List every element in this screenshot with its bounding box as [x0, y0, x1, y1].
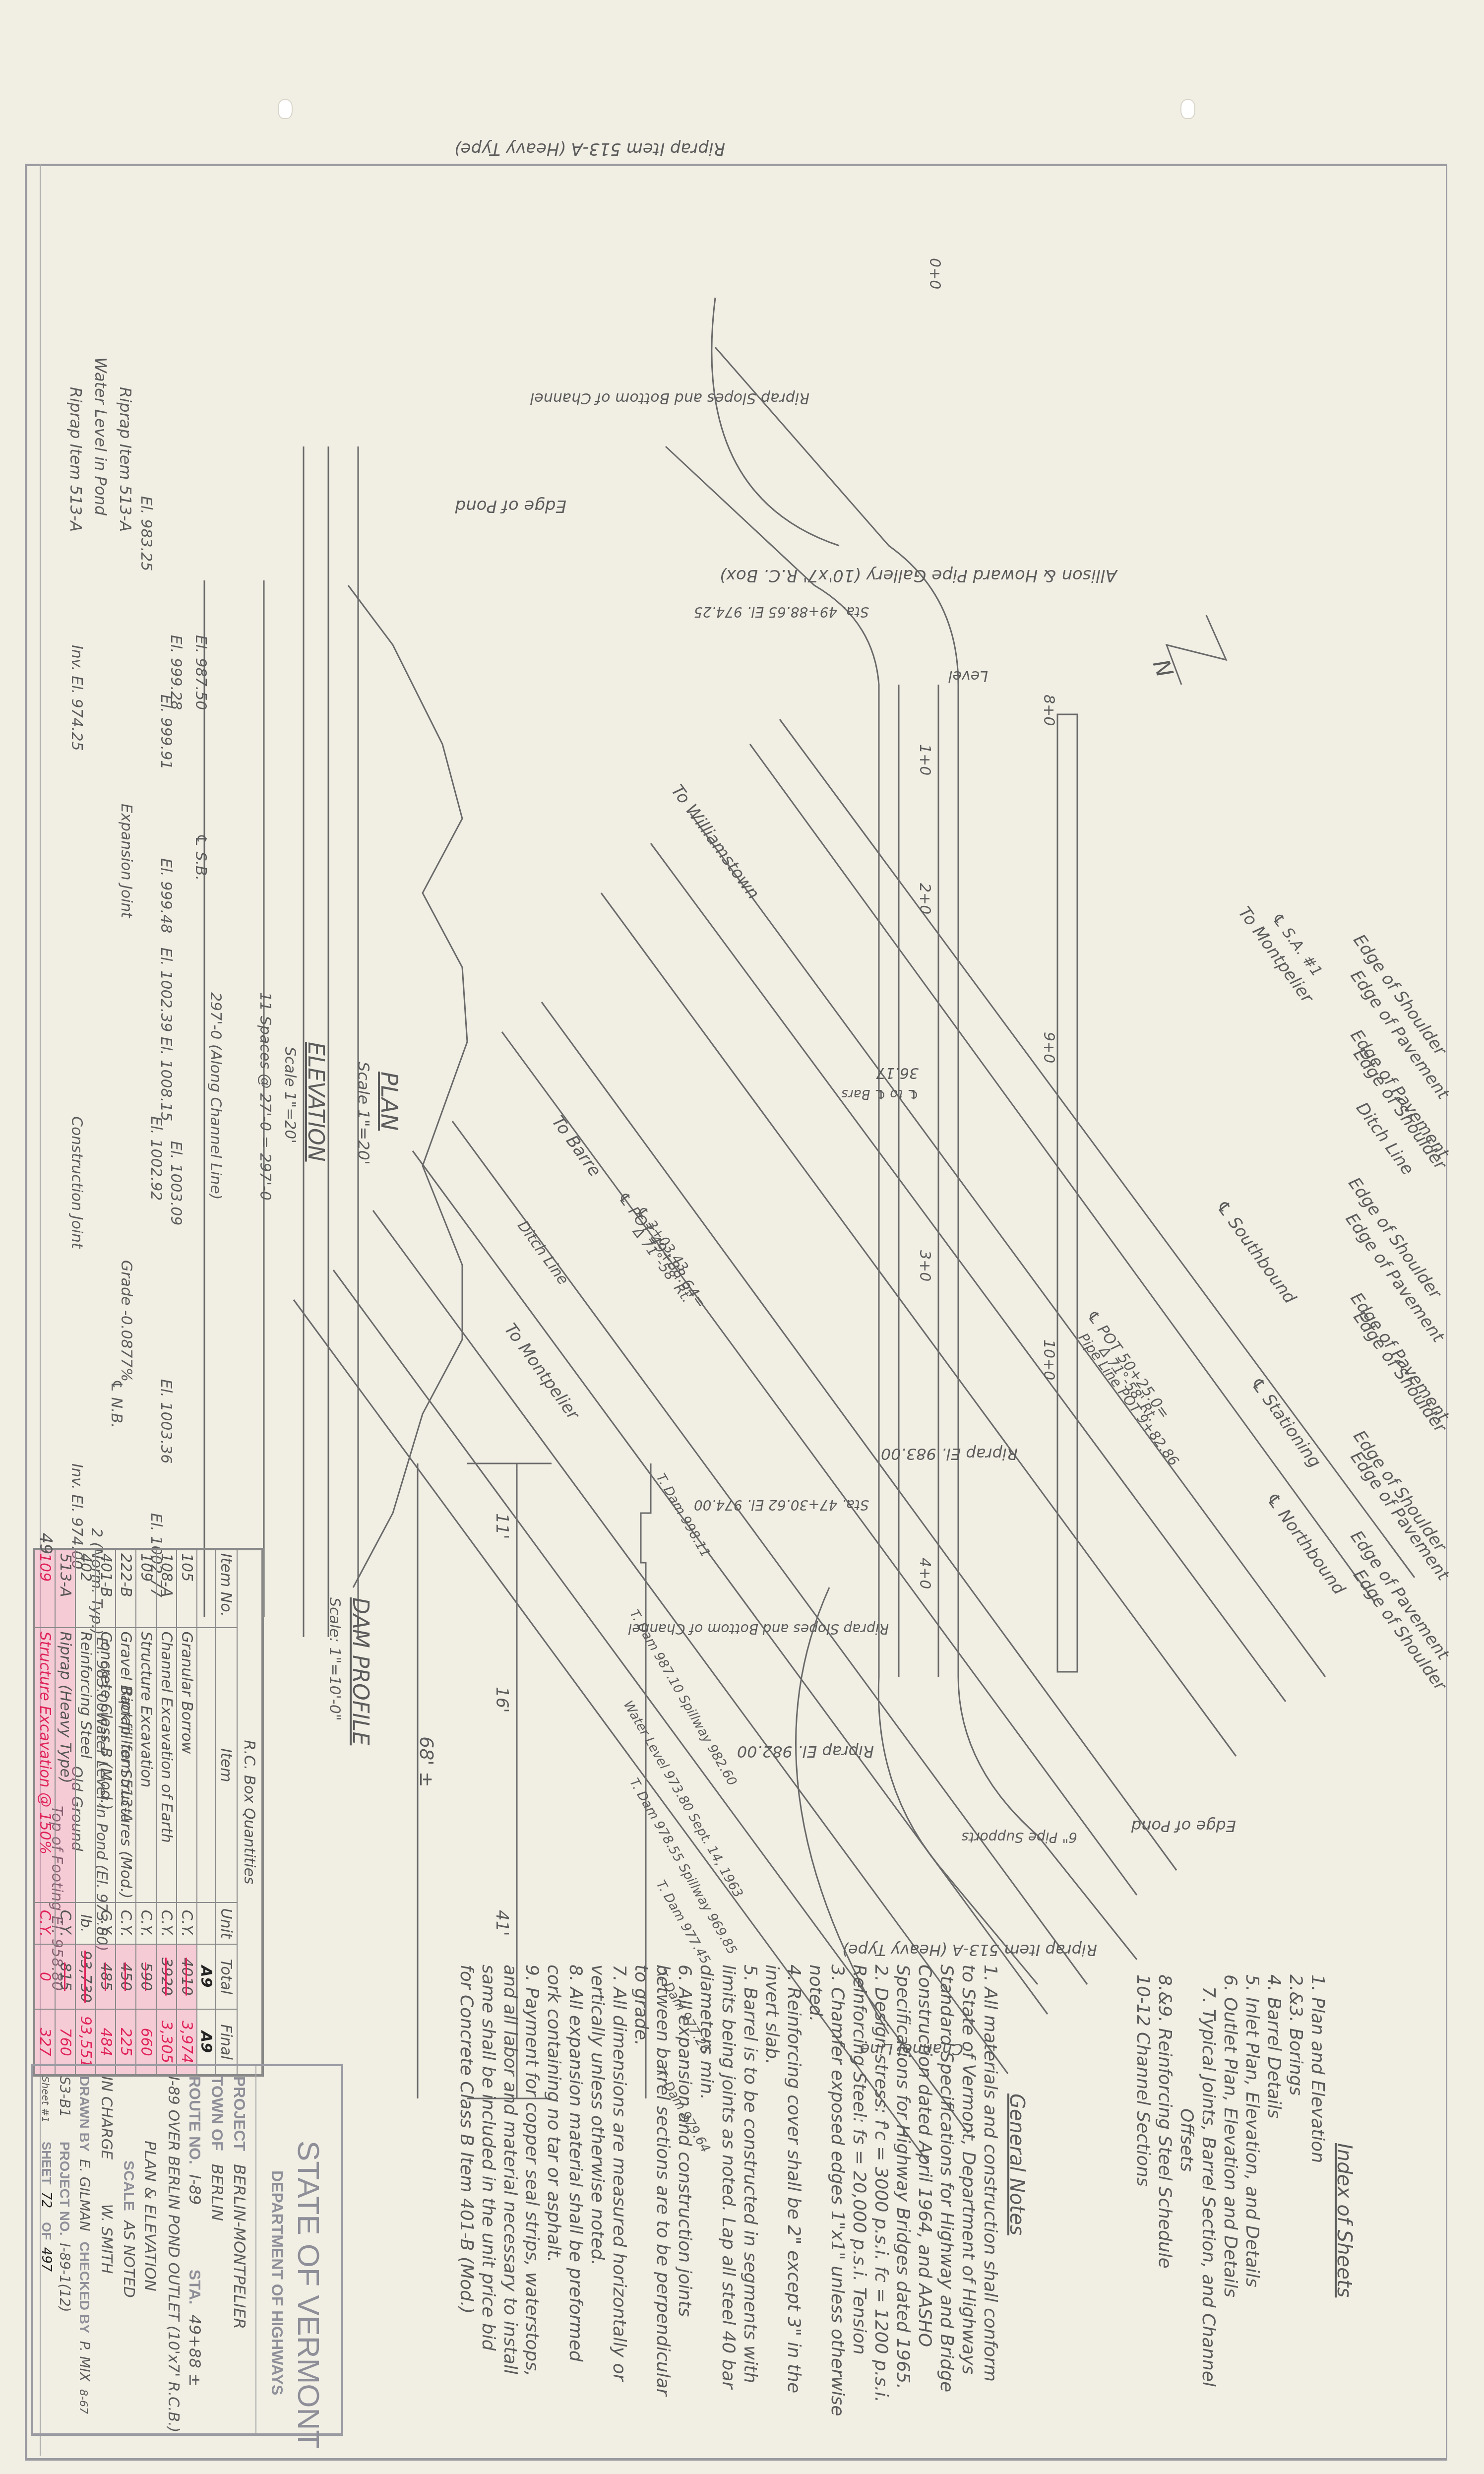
cell-item: Gravel Backfill for Structures (Mod.) — [116, 1628, 136, 1903]
table-row: 401-B Concrete Class B (Mod.) C.Y. 485 4… — [96, 1550, 116, 2075]
project-no-label: PROJECT NO. — [57, 2142, 72, 2236]
cell-unit: lb. — [75, 1903, 96, 1944]
cell-item: Channel Excavation of Earth — [156, 1628, 177, 1903]
elev-along-channel: 297'-0 (Along Channel Line) — [207, 992, 224, 1200]
note-line: Construction dated April 1964, and AASHO — [914, 1965, 935, 2451]
cell-item: Riprap (Heavy Type) — [55, 1628, 75, 1903]
index-item: 4. Barrel Details — [1263, 1974, 1285, 2387]
dam-dim-total: 68' ± — [416, 1736, 437, 1787]
quantities-title: R.C. Box Quantities — [237, 1550, 262, 2075]
cell-total: 4010 — [177, 1944, 197, 2010]
cell-item-no: 109 — [136, 1550, 156, 1628]
table-row: 108-A Channel Excavation of Earth C.Y. 3… — [156, 1550, 177, 2075]
sta-outlet-label: Sta. 47+30.62 El. 974.00 — [694, 1497, 869, 1513]
level-label: Level — [948, 667, 988, 685]
checked-label: CHECKED BY — [77, 2242, 92, 2334]
scale-value: AS NOTED — [120, 2220, 137, 2298]
index-item: 6. Outlet Plan, Elevation and Details — [1219, 1974, 1241, 2387]
elev-el-100239: El. 1002.39 — [157, 948, 175, 1032]
cell-unit: C.Y. — [116, 1903, 136, 1944]
note-line: Specifications for Highway Bridges dated… — [892, 1965, 914, 2451]
station-label: 3+0 — [916, 1250, 933, 1281]
cell-item: Concrete Class B (Mod.) — [96, 1628, 116, 1903]
checked-date: 8-67 — [77, 2389, 89, 2414]
in-charge-row: IN CHARGE W. SMITH — [98, 2076, 115, 2274]
table-row: 109 Structure Excavation C.Y. 590 660 — [136, 1550, 156, 2075]
dam-dim: 41' — [492, 1910, 512, 1936]
col-total: Total — [215, 1944, 237, 2010]
dim-36-label: 36.17 — [876, 1064, 919, 1081]
rotated-drawing: N Allison & Howard Pipe Gallery (10'x7' … — [0, 0, 1484, 2474]
elev-el-100336: El. 1003.36 — [157, 1379, 175, 1463]
title-block: STATE OF VERMONT DEPARTMENT OF HIGHWAYS … — [31, 2064, 343, 2436]
cell-unit: C.Y. — [35, 1903, 55, 1944]
index-item: 1. Plan and Elevation — [1306, 1974, 1328, 2387]
note-line: 3. Chamfer exposed edges 1"x1" unless ot… — [826, 1965, 848, 2451]
dim-36b-label: ℄ to ℄ Bars — [841, 1086, 919, 1101]
plan-title: PLAN — [376, 1072, 403, 1131]
note-line: 9. Payment for copper seal strips, water… — [521, 1965, 543, 2451]
sta-inlet-label: Sta. 49+88.65 El. 974.25 — [694, 604, 869, 620]
riprap-bottom-label: Riprap Item 513-A (Heavy Type) — [842, 1941, 1097, 1960]
town-row: TOWN OF BERLIN — [208, 2076, 227, 2221]
edge-of-pond-label-2: Edge of Pond — [1131, 1817, 1236, 1836]
elev-spans: 11 Spaces @ 27'-0 = 297'-0 — [256, 992, 274, 1201]
drawing-sheet: N Allison & Howard Pipe Gallery (10'x7' … — [0, 0, 1484, 2474]
elev-inv-97425: Inv. El. 974.25 — [68, 645, 85, 751]
elev-el-98325: El. 983.25 — [137, 496, 155, 571]
scale-row: SCALE AS NOTED — [120, 2160, 137, 2298]
index-item: 10-12 Channel Sections — [1132, 1974, 1154, 2387]
outlet-channel — [958, 1677, 1137, 1960]
elev-el-99948: El. 999.48 — [157, 858, 175, 933]
col-item: Item — [215, 1628, 237, 1903]
drawn-label: DRAWN BY — [77, 2076, 92, 2152]
cell-total: 815 — [55, 1944, 75, 2010]
cell-item-no: 108-A — [156, 1550, 177, 1628]
index-item: 5. Inlet Plan, Elevation, and Details — [1241, 1974, 1263, 2387]
project-no-row: S3-B1 PROJECT NO. I-89-1(12) — [57, 2076, 73, 2312]
cell-unit: C.Y. — [96, 1903, 116, 1944]
cell-total: 93,730 — [75, 1944, 96, 2010]
route-value: I-89 — [185, 2174, 204, 2205]
cell-item-no: 109 — [35, 1550, 55, 1628]
station-label: 10+0 — [1040, 1339, 1057, 1380]
drawn-row: DRAWN BY E. GILMAN CHECKED BY P. MIX 8-6… — [76, 2076, 93, 2414]
sta-label: STA. — [186, 2270, 204, 2305]
margin-mark: 49 — [36, 1533, 56, 1554]
station-label: 0+0 — [926, 258, 943, 289]
cell-total: 450 — [116, 1944, 136, 2010]
side-ref-2: Sheet #1 — [40, 2076, 52, 2123]
checked-value: P. MIX — [76, 2341, 93, 2382]
note-line: 7. All dimensions are measured horizonta… — [608, 1965, 630, 2451]
note-line: noted. — [804, 1965, 826, 2451]
divider — [255, 2066, 256, 2433]
riprap-slopes-label-2: Riprap Slopes and Bottom of Channel — [628, 1621, 889, 1637]
sheet-title: PLAN & ELEVATION — [141, 2141, 160, 2291]
index-of-sheets: Index of Sheets 1. Plan and Elevation 2.… — [1132, 1974, 1355, 2387]
elev-el-100815: El. 1008.15 — [157, 1037, 175, 1121]
elev-expansion-joint: Expansion Joint — [118, 804, 135, 918]
note-line: 5. Barrel is to be constructed in segmen… — [739, 1965, 761, 2451]
note-line: cork containing no tar or asphalt. — [543, 1965, 564, 2451]
note-line: to grade. — [630, 1965, 652, 2451]
allison-label: Allison & Howard Pipe Gallery (10'x7' R.… — [720, 566, 1117, 585]
sta-value: 49+88 ± — [185, 2315, 204, 2387]
note-line: between barrel sections are to be perpen… — [652, 1965, 674, 2451]
index-title: Index of Sheets — [1333, 2143, 1355, 2387]
project-label: PROJECT — [231, 2076, 248, 2151]
riprap-slopes-label: Riprap Slopes and Bottom of Channel — [530, 389, 809, 407]
note-line: limits being joints as noted. Lap all st… — [717, 1965, 739, 2451]
cell-item: Reinforcing Steel — [75, 1628, 96, 1903]
note-line: invert slab. — [761, 1965, 783, 2451]
note-line: vertically unless otherwise noted. — [586, 1965, 608, 2451]
drawn-value: E. GILMAN — [76, 2159, 93, 2231]
route-row: ROUTE NO. I-89 STA. 49+88 ± — [185, 2076, 204, 2387]
town-value: BERLIN — [208, 2164, 227, 2221]
index-item: 8.&9. Reinforcing Steel Schedule — [1154, 1974, 1175, 2387]
elev-nb: ℄ N.B. — [108, 1379, 125, 1428]
note-line: for Concrete Class B Item 401-B (Mod.) — [455, 1965, 477, 2451]
note-line: and all labor and material necessary to … — [499, 1965, 521, 2451]
edge-of-pond-label: Edge of Pond — [455, 496, 566, 516]
sheet-row: Sheet #1 SHEET 72 OF 497 — [39, 2076, 54, 2272]
quantities-table: R.C. Box Quantities Item No. Item Unit T… — [33, 1548, 264, 2077]
table-row-added: 109 Structure Excavation @ 150% C.Y. 0 3… — [35, 1550, 55, 2075]
cell-unit: C.Y. — [55, 1903, 75, 1944]
note-line: Standard Specifications for Highway and … — [935, 1965, 957, 2451]
cell-item-no: 513-A — [55, 1550, 75, 1628]
sheet-total: 497 — [39, 2247, 54, 2272]
cell-item: Structure Excavation @ 150% — [35, 1628, 55, 1903]
index-item: 2.&3. Borings — [1285, 1974, 1306, 2387]
project-value: BERLIN-MONTPELIER — [230, 2164, 249, 2329]
cell-item-no: 402 — [75, 1550, 96, 1628]
cell-total: 485 — [96, 1944, 116, 2010]
description: I-89 OVER BERLIN POND OUTLET (10'x7' R.C… — [165, 2076, 182, 2432]
cell-total: 0 — [35, 1944, 55, 2010]
dam-profile-title: DAM PROFILE — [348, 1597, 373, 1745]
cell-item-no: 401-B — [96, 1550, 116, 1628]
index-item: 7. Typical Joints, Barrel Section, and C… — [1197, 1974, 1219, 2387]
plan-scale: Scale 1"=20' — [354, 1062, 373, 1165]
cell-total: 3920 — [156, 1944, 177, 2010]
dam-profile-scale: Scale: 1"=10'-0" — [326, 1597, 343, 1721]
of-label: OF — [39, 2222, 54, 2240]
table-row: 222-B Gravel Backfill for Structures (Mo… — [116, 1550, 136, 2075]
table-row: 513-A Riprap (Heavy Type) C.Y. 815 760 — [55, 1550, 75, 2075]
project-row: PROJECT BERLIN-MONTPELIER — [230, 2076, 249, 2329]
elev-el-100292: El. 1002.92 — [147, 1116, 165, 1201]
cell-item: Structure Excavation — [136, 1628, 156, 1903]
in-charge-label: IN CHARGE — [98, 2076, 115, 2159]
scale-label: SCALE — [121, 2160, 137, 2211]
elevation-profile — [204, 446, 467, 1637]
elev-el-98750: El. 987.50 — [192, 635, 209, 710]
riprap-el-top-label: Riprap El. 983.00 — [881, 1445, 1018, 1463]
north-arrow — [1167, 615, 1226, 685]
cell-total: 590 — [136, 1944, 156, 2010]
elev-el-99991: El. 999.91 — [157, 695, 175, 769]
department-title: DEPARTMENT OF HIGHWAYS — [268, 2170, 286, 2395]
elev-riprap-1: Riprap Item 513-A — [66, 387, 85, 532]
note-line: 4. Reinforcing cover shall be 2" except … — [783, 1965, 804, 2451]
station-label: 4+0 — [916, 1558, 933, 1589]
dam-dim: 16' — [492, 1687, 512, 1713]
cell-item-no: 222-B — [116, 1550, 136, 1628]
side-ref: S3-B1 — [57, 2076, 73, 2117]
table-row: 105 Granular Borrow C.Y. 4010 3,974 — [177, 1550, 197, 2075]
pipe-supports-label: 6" Pipe Supports — [962, 1829, 1077, 1845]
station-label: 8+0 — [1040, 695, 1057, 726]
cell-unit: C.Y. — [177, 1903, 197, 1944]
elev-grade: Grade -0.0877% — [118, 1260, 135, 1382]
note-line: 1. All materials and construction shall … — [979, 1965, 1001, 2451]
note-line: Reinforcing Steel: fs = 20,000 p.s.i. Te… — [848, 1965, 870, 2451]
total-mark: A9 — [197, 1944, 215, 2010]
elevation-title: ELEVATION — [303, 1042, 328, 1162]
elev-water-level: Water Level in Pond — [91, 357, 110, 515]
state-title: STATE OF VERMONT — [291, 2141, 326, 2449]
general-notes: General Notes 1. All materials and const… — [455, 1965, 1028, 2451]
sheet-no: 72 — [39, 2192, 54, 2208]
elev-construction-joint: Construction Joint — [68, 1116, 85, 1249]
riprap-el-bottom-label: Riprap El. 982.00 — [737, 1742, 874, 1761]
riprap-top-label: Riprap Item 513-A (Heavy Type) — [454, 139, 725, 159]
town-label: TOWN OF — [208, 2076, 226, 2151]
note-line: 2. Design stress: f'c = 3000 p.s.i. fc =… — [870, 1965, 892, 2451]
col-item-no: Item No. — [215, 1550, 237, 1628]
elev-el-100309: El. 1003.09 — [167, 1141, 185, 1225]
general-notes-title: General Notes — [1006, 2093, 1028, 2451]
sheet-label: SHEET — [39, 2142, 54, 2185]
route-label: ROUTE NO. — [186, 2076, 204, 2164]
cell-item: Granular Borrow — [177, 1628, 197, 1903]
dam-dim: 11' — [492, 1513, 512, 1539]
note-line: diameters min. — [695, 1965, 717, 2451]
note-line: to State of Vermont, Department of Highw… — [957, 1965, 979, 2451]
col-unit: Unit — [215, 1903, 237, 1944]
station-label: 2+0 — [916, 883, 933, 914]
index-item: Offsets — [1175, 1974, 1197, 2387]
note-line: 8. All expansion material shall be prefo… — [564, 1965, 586, 2451]
cell-item-no: 105 — [177, 1550, 197, 1628]
note-line: 6. All expansion and construction joints — [674, 1965, 695, 2451]
cell-unit: C.Y. — [156, 1903, 177, 1944]
culvert-barrel — [879, 685, 1077, 1677]
in-charge-value: W. SMITH — [98, 2204, 115, 2274]
note-line: same shall be included in the unit price… — [477, 1965, 499, 2451]
station-label: 1+0 — [916, 744, 933, 775]
elev-riprap-2: Riprap Item 513-A — [116, 387, 135, 532]
elevation-scale: Scale 1"=20' — [281, 1047, 299, 1143]
station-label: 9+0 — [1040, 1032, 1057, 1063]
elev-sb: ℄ S.B. — [192, 833, 209, 881]
cell-unit: C.Y. — [136, 1903, 156, 1944]
project-no-value: I-89-1(12) — [57, 2243, 73, 2312]
table-row: 402 Reinforcing Steel lb. 93,730 93,551 — [75, 1550, 96, 2075]
